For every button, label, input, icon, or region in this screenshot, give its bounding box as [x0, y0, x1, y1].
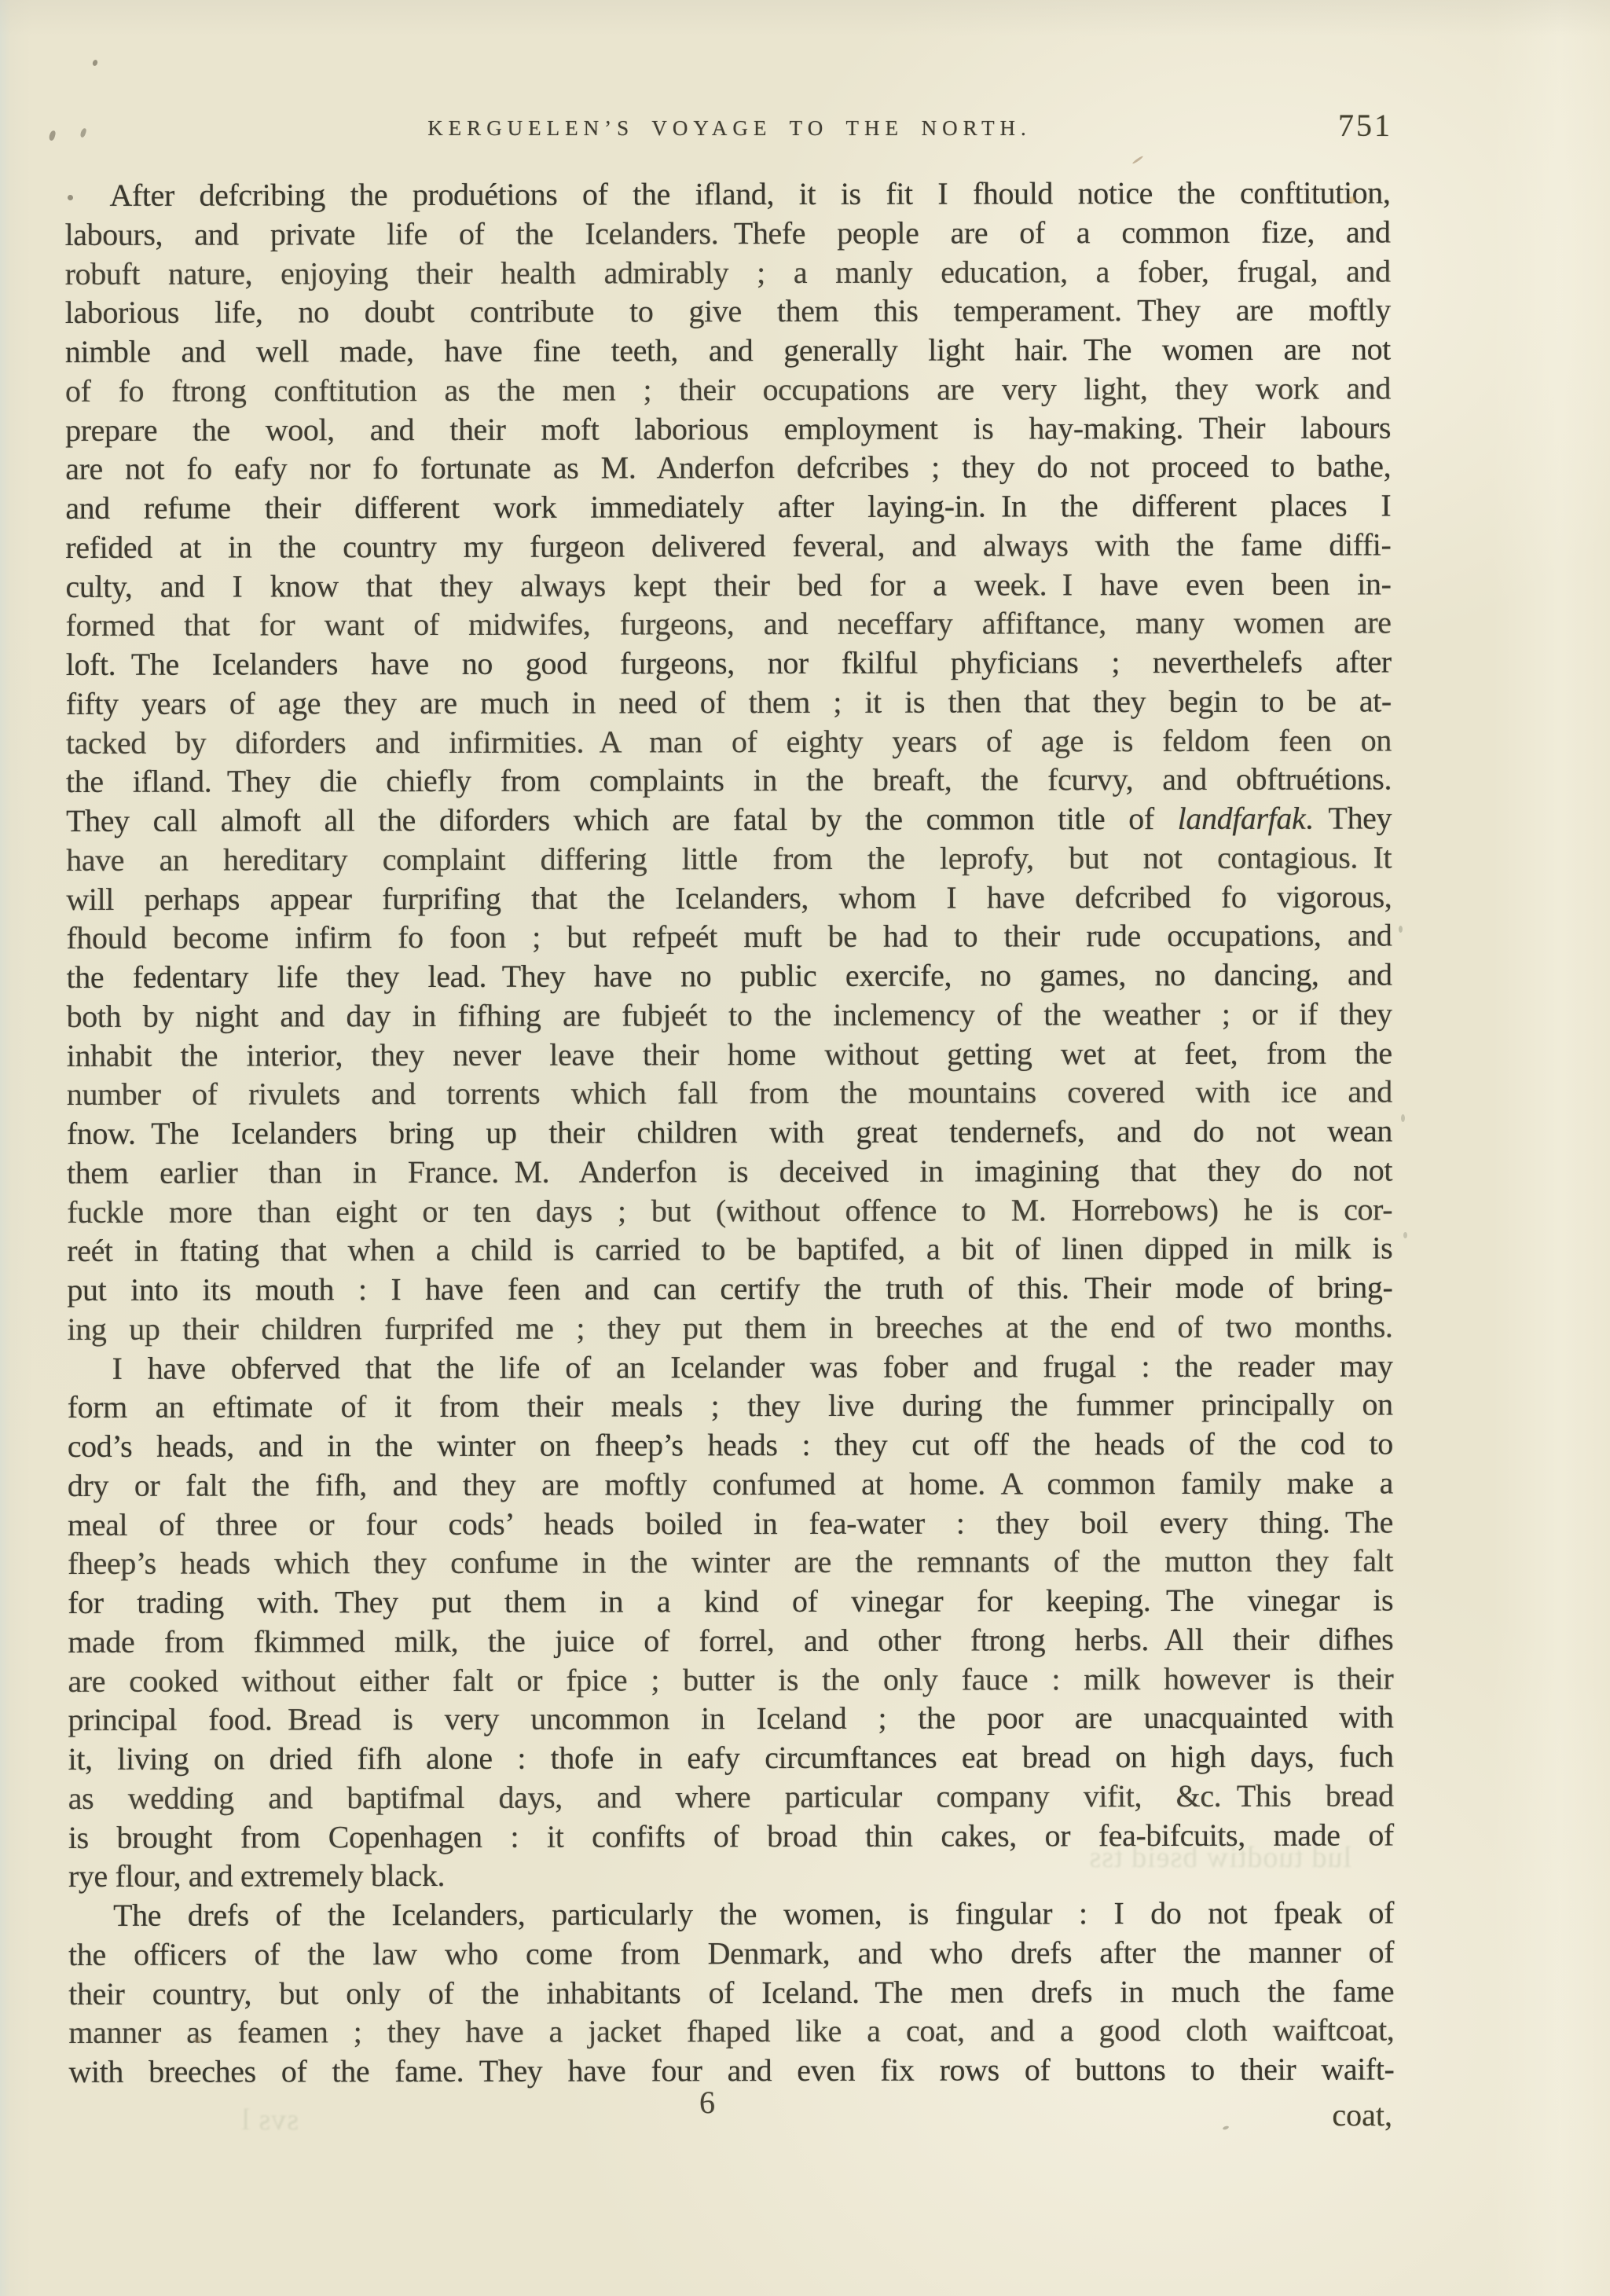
- text-line: number of rivulets and torrents which fa…: [67, 1073, 1392, 1115]
- text-line: and refume their different work immediat…: [65, 486, 1391, 528]
- text-line: inhabit the interior, they never leave t…: [67, 1033, 1392, 1076]
- text-line: After defcribing the produétions of the …: [64, 173, 1390, 215]
- text-line: them earlier than in France. M. Anderfon…: [67, 1150, 1392, 1193]
- text-line: fuckle more than eight or ten days ; but…: [67, 1190, 1392, 1232]
- italic-term: landfarfak: [1178, 801, 1306, 836]
- text-line: form an eftimate of it from their meals …: [68, 1385, 1393, 1428]
- text-line: is brought from Copenhagen : it confifts…: [68, 1815, 1394, 1858]
- ink-speck: [68, 195, 73, 200]
- text-line: cod’s heads, and in the winter on fheep’…: [68, 1424, 1393, 1466]
- text-line: labours, and private life of the Iceland…: [65, 212, 1391, 255]
- text-line: robuft nature, enjoying their health adm…: [65, 251, 1391, 294]
- text-line: tacked by diforders and infirmities. A m…: [66, 721, 1392, 763]
- text-line: of fo ftrong conftitution as the men ; t…: [65, 369, 1391, 411]
- text-line: refided at in the country my furgeon del…: [65, 525, 1391, 567]
- catchword: coat,: [1235, 2096, 1392, 2133]
- text-line: dry or falt the fifh, and they are moftl…: [68, 1463, 1393, 1506]
- text-line: the ifland. They die chiefly from compla…: [66, 760, 1392, 802]
- foxing-spot: [193, 2037, 202, 2043]
- text-line: for trading with. They put them in a kin…: [68, 1580, 1393, 1623]
- text-line: They call almoft all the diforders which…: [66, 798, 1392, 841]
- text-line: as wedding and baptifmal days, and where…: [68, 1776, 1394, 1818]
- text-line: meal of three or four cods’ heads boiled…: [68, 1502, 1393, 1545]
- text-line: loft. The Icelanders have no good furgeo…: [66, 642, 1392, 684]
- text-line: their country, but only of the inhabitan…: [68, 1971, 1394, 2014]
- text-line: culty, and I know that they always kept …: [65, 564, 1391, 607]
- ink-speck: [1401, 1114, 1405, 1122]
- book-page-scan: KERGUELEN’S VOYAGE TO THE NORTH. 751 Aft…: [0, 0, 1610, 2296]
- text-line: I have obferved that the life of an Icel…: [68, 1346, 1393, 1388]
- text-line: manner as feamen ; they have a jacket fh…: [68, 2011, 1394, 2053]
- text-line: prepare the wool, and their moft laborio…: [65, 408, 1391, 450]
- text-line: nimble and well made, have fine teeth, a…: [65, 329, 1391, 372]
- ink-speck: [1403, 1232, 1407, 1238]
- text-segment: . They: [1305, 800, 1392, 835]
- text-line: it, living on dried fifh alone : thofe i…: [68, 1737, 1394, 1779]
- text-line: put into its mouth : I have feen and can…: [67, 1267, 1392, 1310]
- text-line: have an hereditary complaint differing l…: [66, 838, 1392, 880]
- text-line: rye flour, and extremely black.: [68, 1854, 1394, 1897]
- text-line: reét in ftating that when a child is car…: [67, 1229, 1392, 1271]
- signature-mark: 6: [676, 2084, 739, 2121]
- text-line: the fedentary life they lead. They have …: [66, 955, 1392, 997]
- ink-speck: [1399, 926, 1403, 933]
- body-text: After defcribing the produétions of the …: [0, 0, 1610, 2296]
- text-line: will perhaps appear furprifing that the …: [66, 877, 1392, 919]
- text-line: laborious life, no doubt contribute to g…: [65, 291, 1391, 333]
- text-line: fnow. The Icelanders bring up their chil…: [67, 1111, 1392, 1154]
- text-segment: They call almoft all the diforders which…: [66, 801, 1178, 838]
- text-line: ing up their children furprifed me ; the…: [67, 1307, 1392, 1349]
- text-line: are not fo eafy nor fo fortunate as M. A…: [65, 447, 1391, 490]
- text-line: fhould become infirm fo foon ; but refpe…: [66, 916, 1392, 959]
- text-line: are cooked without either falt or fpice …: [68, 1659, 1393, 1701]
- text-line: principal food. Bread is very uncommon i…: [68, 1698, 1393, 1740]
- text-line: fheep’s heads which they confume in the …: [68, 1542, 1393, 1584]
- text-line: formed that for want of midwifes, furgeo…: [66, 603, 1392, 646]
- foxing-spot: [1348, 196, 1355, 204]
- text-line: both by night and day in fifhing are fub…: [67, 994, 1392, 1036]
- text-line: The drefs of the Icelanders, particularl…: [68, 1893, 1394, 1935]
- text-line: the officers of the law who come from De…: [68, 1932, 1394, 1975]
- text-line: made from fkimmed milk, the juice of for…: [68, 1619, 1393, 1662]
- text-line: fifty years of age they are much in need…: [66, 681, 1392, 724]
